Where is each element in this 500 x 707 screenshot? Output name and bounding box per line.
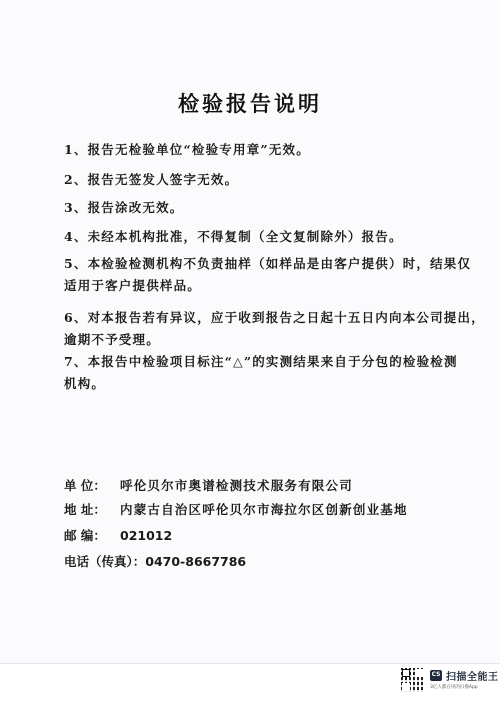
watermark-brand: CS 扫描全能王 [430,668,499,682]
watermark-app-name: 扫描全能王 [446,668,499,683]
note-2: 2、报告无签发人签字无效。 [64,170,238,188]
contact-unit: 单 位：呼伦贝尔市奥谱检测技术服务有限公司 [64,476,353,494]
contact-phone: 电话（传真）：0470-8667786 [64,552,246,570]
note-text: 本报告中检验项目标注“△”的实测结果来自于分包的检验检测 [88,354,458,369]
note-7: 7、本报告中检验项目标注“△”的实测结果来自于分包的检验检测 [64,352,458,370]
note-text: 报告无签发人签字无效。 [88,172,239,187]
contact-postcode: 邮 编：021012 [64,526,172,544]
note-number: 6、 [64,310,88,325]
note-number: 1、 [64,142,88,157]
note-text: 本检验检测机构不负责抽样（如样品是由客户提供）时，结果仅 [88,256,472,271]
note-5-continuation: 适用于客户提供样品。 [64,276,201,294]
qr-code-icon [401,668,425,692]
note-text: 报告无检验单位“检验专用章”无效。 [88,142,310,157]
note-3: 3、报告涂改无效。 [64,198,184,216]
note-number: 4、 [64,229,88,244]
postcode-label: 邮 编： [64,526,120,544]
note-6-continuation: 逾期不予受理。 [64,330,160,348]
watermark-text-block: CS 扫描全能王 3亿人都在用的扫描App [430,668,499,690]
phone-label: 电话（传真）： [64,552,145,570]
camscanner-logo-icon: CS [430,670,442,681]
note-5: 5、本检验检测机构不负责抽样（如样品是由客户提供）时，结果仅 [64,254,471,272]
scanned-page: 检验报告说明 1、报告无检验单位“检验专用章”无效。 2、报告无签发人签字无效。… [0,0,500,664]
camscanner-watermark: CS 扫描全能王 3亿人都在用的扫描App [401,668,499,704]
note-1: 1、报告无检验单位“检验专用章”无效。 [64,140,310,158]
watermark-tagline: 3亿人都在用的扫描App [430,684,499,690]
note-number: 3、 [64,200,88,215]
unit-value: 呼伦贝尔市奥谱检测技术服务有限公司 [120,478,353,493]
note-number: 2、 [64,172,88,187]
address-label: 地 址： [64,500,120,518]
note-text: 未经本机构批准，不得复制（全文复制除外）报告。 [88,229,403,244]
note-text: 报告涂改无效。 [88,200,184,215]
document-title: 检验报告说明 [0,88,500,118]
contact-address: 地 址：内蒙古自治区呼伦贝尔市海拉尔区创新创业基地 [64,500,408,518]
address-value: 内蒙古自治区呼伦贝尔市海拉尔区创新创业基地 [120,502,408,517]
postcode-value: 021012 [120,528,172,543]
phone-value: 0470-8667786 [145,554,246,569]
note-7-continuation: 机构。 [64,374,105,392]
note-text: 对本报告若有异议，应于收到报告之日起十五日内向本公司提出， [88,310,485,325]
note-6: 6、对本报告若有异议，应于收到报告之日起十五日内向本公司提出， [64,308,485,326]
unit-label: 单 位： [64,476,120,494]
note-number: 5、 [64,256,88,271]
note-number: 7、 [64,354,88,369]
note-4: 4、未经本机构批准，不得复制（全文复制除外）报告。 [64,227,403,245]
